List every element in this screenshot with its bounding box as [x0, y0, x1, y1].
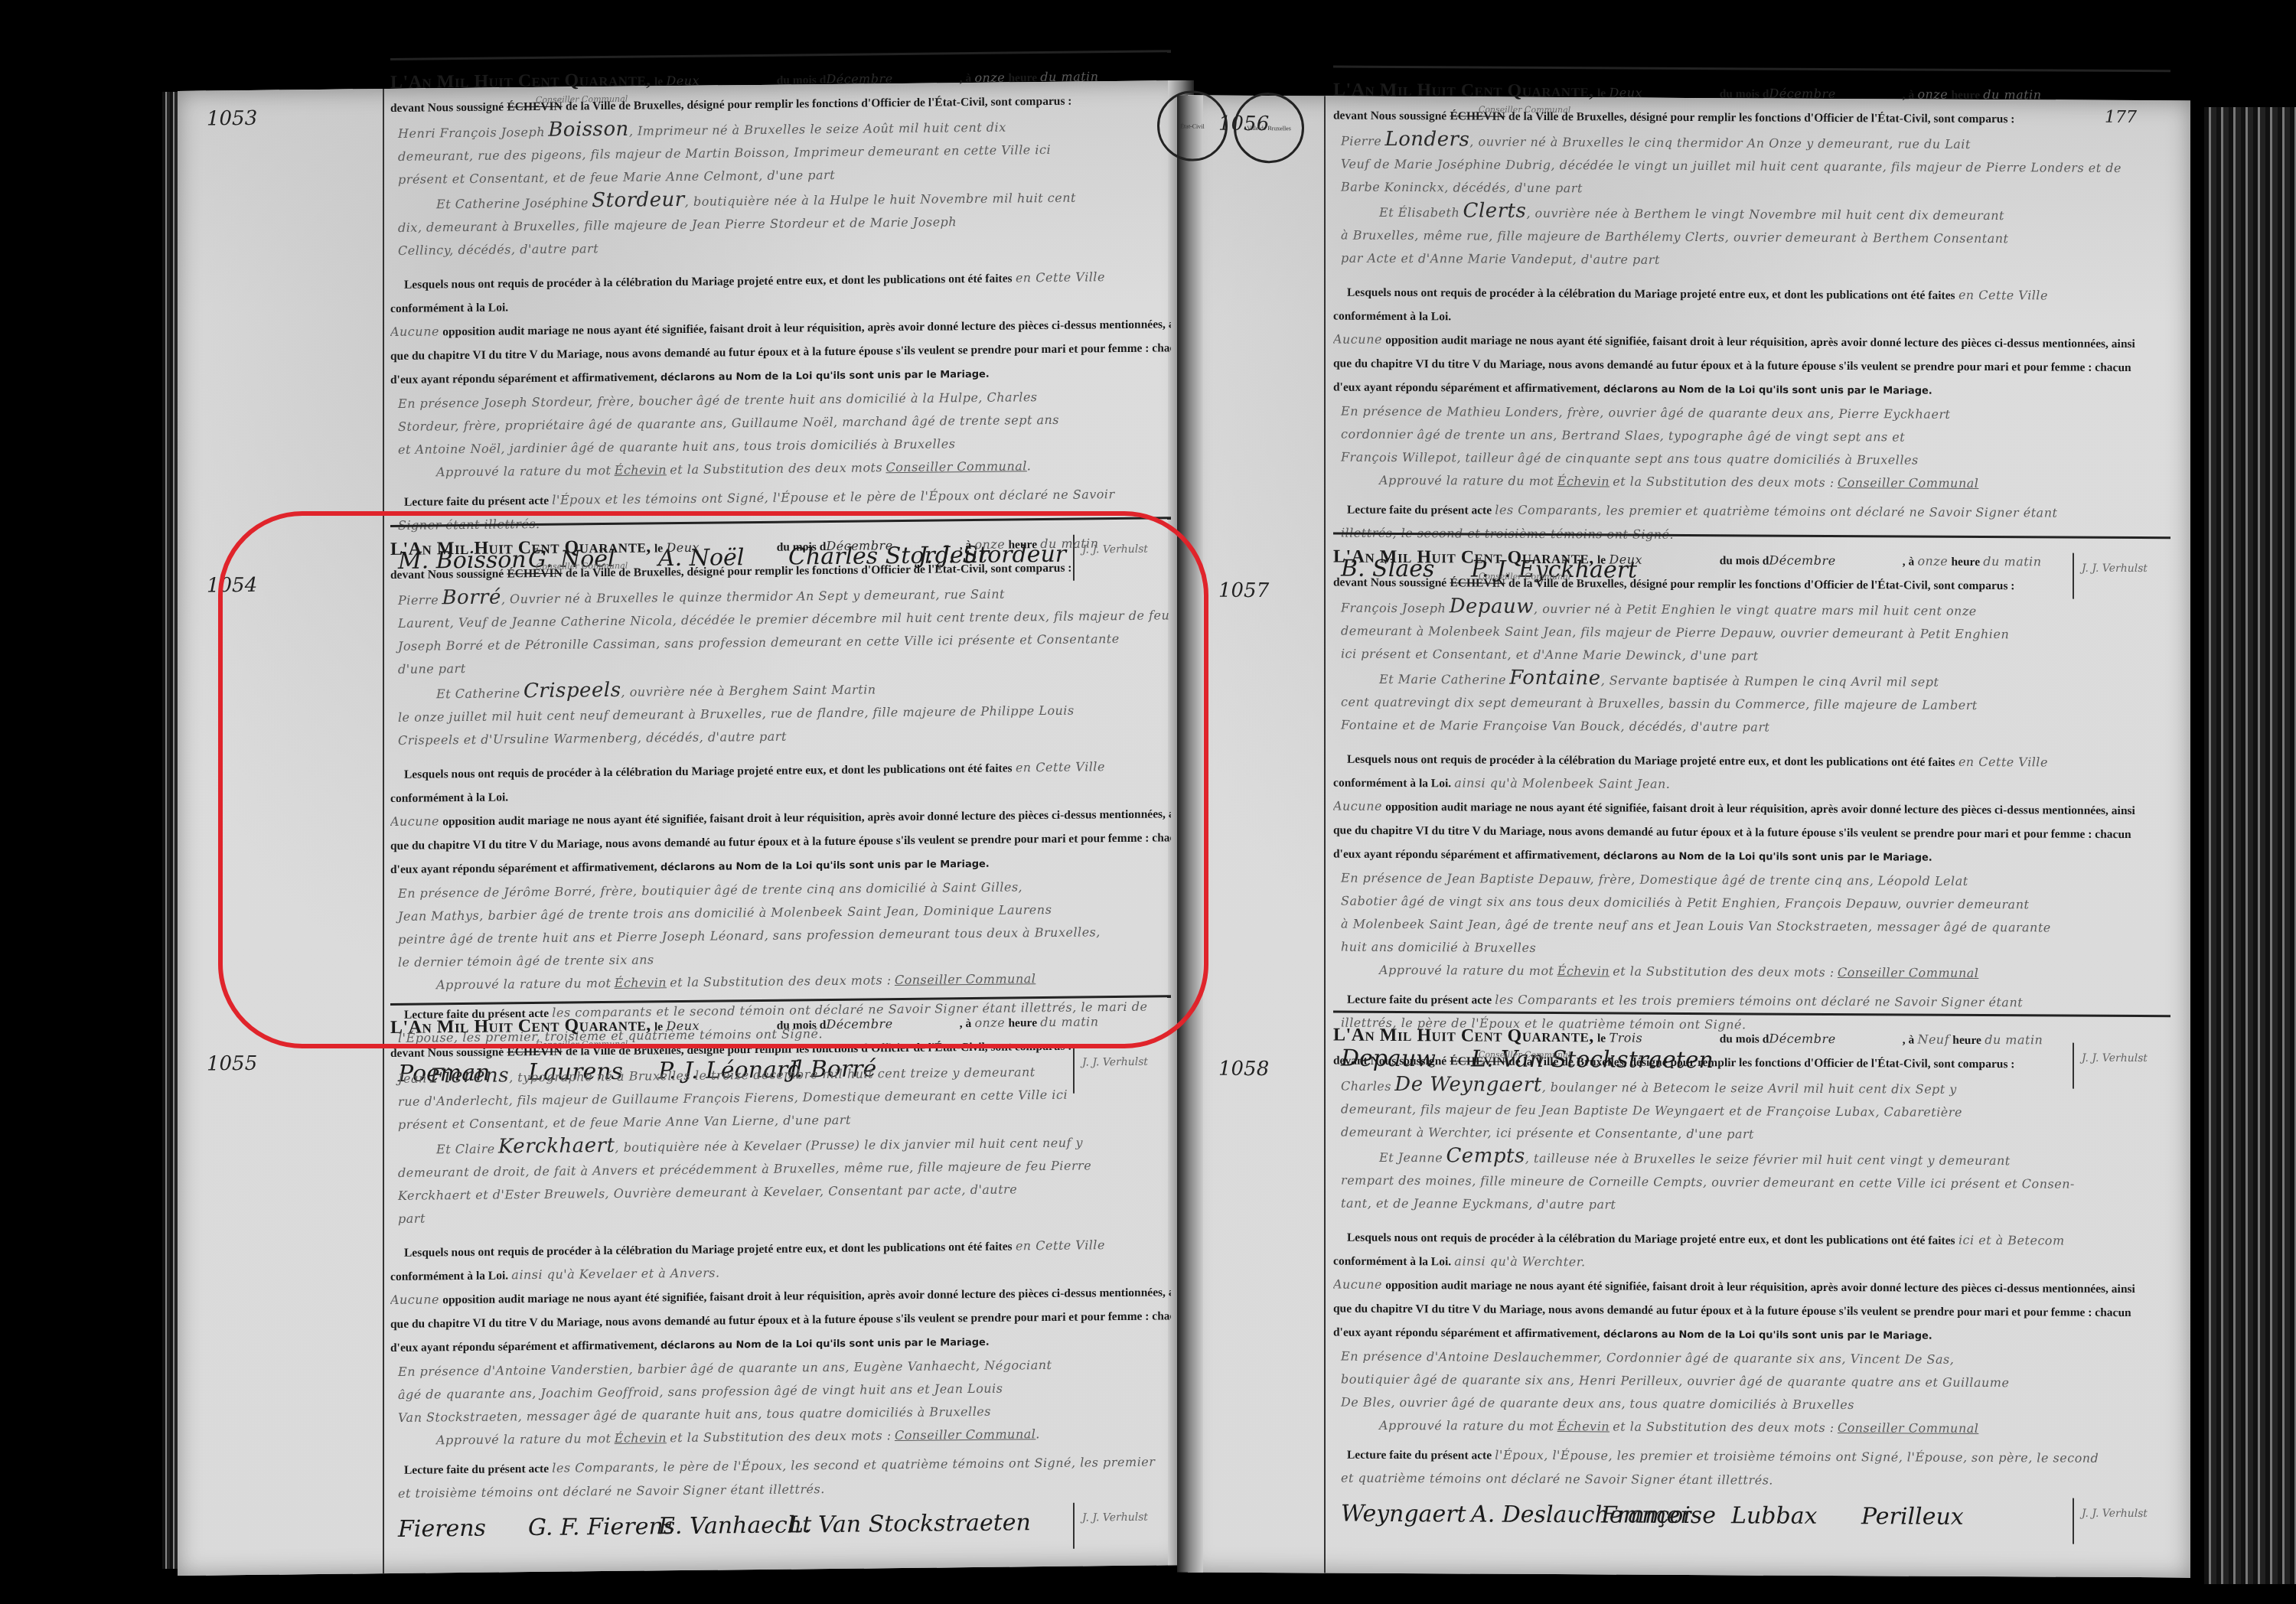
officer-signature: J. J. Verhulst: [1073, 1502, 1148, 1549]
declaration: déclarons au Nom de la Loi qu'ils sont u…: [660, 369, 990, 384]
witnesses: En présence d'Antoine Deslauchemmer, Cor…: [1333, 1345, 2170, 1419]
record-day: Deux: [667, 536, 774, 559]
bride-surname: Fontaine: [1509, 667, 1600, 690]
record-day: Deux: [667, 1014, 774, 1038]
record-month: Décembre: [826, 1012, 956, 1036]
bride-details: dix, demeurant à Bruxelles, fille majeur…: [390, 208, 1171, 262]
record-day: Trois: [1609, 1026, 1717, 1050]
marriage-record: 1057 L'An Mil Huit Cent Quarante, le Deu…: [1333, 533, 2170, 1087]
publications-place: en Cette Ville: [1016, 269, 1105, 285]
municipal-stamp-icon: État-Civil: [1157, 90, 1228, 161]
record-number: 1055: [207, 1052, 257, 1076]
signature: G. F. Fierens: [528, 1513, 675, 1541]
bride-details: rempart des moines, fille mineure de Cor…: [1333, 1169, 2170, 1220]
publications-place: en Cette Ville: [1016, 1237, 1105, 1253]
record-number: 1057: [1218, 579, 1269, 602]
lecture-line: C.J.B. Lecture faite du présent acte les…: [1333, 498, 2170, 527]
approval-line: Approuvé la rature du mot Échevin et la …: [1333, 959, 2170, 986]
record-heading: L'An Mil Huit Cent Quarante,: [390, 1015, 651, 1038]
declaration: déclarons au Nom de la Loi qu'ils sont u…: [660, 859, 990, 874]
record-hour: onze: [1917, 87, 1948, 102]
bride-details: demeurant de droit, de fait à Anvers et …: [390, 1153, 1171, 1231]
declaration: déclarons au Nom de la Loi qu'ils sont u…: [660, 1337, 990, 1352]
record-day: Deux: [667, 69, 774, 93]
publications-place: en Cette Ville: [1958, 755, 2048, 770]
signature-list: WeyngaertA. DeslauchemmerFrançoiseLubbax…: [1333, 1495, 2170, 1499]
record-day: Deux: [1609, 81, 1717, 105]
book-left-edge: [162, 92, 179, 1569]
bride-details: cent quatrevingt dix sept demeurant à Br…: [1333, 691, 2170, 742]
approval-line: Approuvé la rature du mot Échevin et la …: [1333, 469, 2170, 497]
correction-note: Conseiller Communal: [1479, 104, 1570, 122]
officer-line: Conseiller Communal devant Nous soussign…: [1333, 104, 2170, 132]
register-page-left: 1053 L'An Mil Huit Cent Quarante, le Deu…: [178, 80, 1186, 1576]
groom-details: demeurant, rue des pigeons, fils majeur …: [390, 137, 1171, 191]
signature: Weyngaert: [1341, 1501, 1466, 1528]
bride-surname: Clerts: [1463, 199, 1527, 222]
marriage-record: 1053 L'An Mil Huit Cent Quarante, le Deu…: [390, 50, 1171, 585]
record-heading: L'An Mil Huit Cent Quarante,: [390, 536, 651, 559]
publications-place: ici et à Betecom: [1958, 1233, 2065, 1248]
groom-surname: Boisson: [548, 118, 629, 142]
bride-surname: Crispeels: [523, 679, 621, 703]
declaration: déclarons au Nom de la Loi qu'ils sont u…: [1603, 1329, 1932, 1342]
groom-surname: Borré: [442, 585, 501, 609]
officer-signature: J. J. Verhulst: [2073, 1498, 2148, 1545]
record-hour: onze: [974, 537, 1005, 552]
record-number: 1053: [207, 107, 257, 131]
record-time-of-day: du matin: [1040, 1014, 1098, 1029]
bride-surname: Stordeur: [592, 188, 685, 212]
officer-line: Conseiller Communal devant Nous soussign…: [1333, 1049, 2170, 1077]
handwritten-line: tant, et de Jeanne Eyckmans, d'autre par…: [1333, 1192, 2170, 1220]
marriage-record: 1056 L'An Mil Huit Cent Quarante, le Deu…: [1333, 66, 2170, 597]
groom-details: rue d'Anderlecht, fils majeur de Guillau…: [390, 1082, 1171, 1136]
signature: L. Van Stockstraeten: [788, 1509, 1031, 1538]
correction-note: Conseiller Communal: [1479, 571, 1570, 589]
record-month: Décembre: [1769, 549, 1899, 573]
correction-note: Conseiller Communal: [1479, 1049, 1570, 1068]
bride-details: à Bruxelles, même rue, fille majeure de …: [1333, 224, 2170, 275]
groom-details: Veuf de Marie Joséphine Dubrig, décédée …: [1333, 153, 2170, 204]
groom-surname: Fierens: [430, 1064, 509, 1087]
bride-surname: Kerckhaert: [498, 1134, 615, 1159]
record-number: 1058: [1218, 1058, 1269, 1081]
record-divider: [390, 50, 1171, 60]
record-month: Décembre: [826, 67, 956, 91]
groom-details: Laurent, Veuf de Jeanne Catherine Nicola…: [390, 604, 1171, 681]
record-month: Décembre: [1769, 83, 1899, 106]
declaration: déclarons au Nom de la Loi qu'ils sont u…: [1603, 850, 1932, 863]
record-time-of-day: du matin: [1983, 87, 2041, 102]
witnesses: En présence de Mathieu Londers, frère, o…: [1333, 400, 2170, 474]
record-hour: onze: [974, 70, 1005, 85]
witnesses: En présence Joseph Stordeur, frère, bouc…: [390, 384, 1171, 461]
record-time-of-day: du matin: [1983, 554, 2041, 569]
groom-surname: De Weyngaert: [1394, 1073, 1541, 1097]
publications-line: Lesquels nous ont requis de procéder à l…: [1333, 281, 2170, 309]
record-time-of-day: du matin: [1040, 69, 1098, 84]
spine-shadow: [1177, 95, 1203, 1572]
groom-details: demeurant à Molenbeek Saint Jean, fils m…: [1333, 620, 2170, 670]
declaration: déclarons au Nom de la Loi qu'ils sont u…: [1603, 383, 1932, 396]
register-page-right: 177 État-Civil Ville de Bruxelles 1056 L…: [1188, 96, 2190, 1578]
record-day: Deux: [1609, 548, 1717, 572]
groom-surname: Depauw: [1450, 595, 1534, 618]
handwritten-line: Fontaine et de Marie Françoise Van Bouck…: [1333, 714, 2170, 742]
groom-surname: Londers: [1384, 128, 1469, 152]
record-number: 1056: [1218, 112, 1269, 135]
margin-rule: [1324, 96, 1326, 1573]
record-heading: L'An Mil Huit Cent Quarante,: [1333, 80, 1594, 102]
record-hour: onze: [974, 1016, 1005, 1030]
signatures: FierensG. F. FierensE. VanhaechtL. Van S…: [390, 1501, 1171, 1553]
record-time-of-day: du matin: [1040, 536, 1098, 551]
approval-line: Approuvé la rature du mot Échevin et la …: [1333, 1414, 2170, 1442]
record-number: 1054: [207, 574, 257, 598]
publications-place: en Cette Ville: [1016, 759, 1105, 774]
publications-place: en Cette Ville: [1958, 288, 2048, 303]
bride-surname: Cempts: [1446, 1144, 1525, 1168]
marriage-record: 1058 L'An Mil Huit Cent Quarante, le Tro…: [1333, 1011, 2170, 1542]
signature: Fierens: [398, 1515, 486, 1543]
marriage-record: 1055 L'An Mil Huit Cent Quarante, le Deu…: [390, 995, 1171, 1553]
witnesses: En présence de Jean Baptiste Depauw, frè…: [1333, 867, 2170, 963]
signature: Lubbax: [1731, 1502, 1817, 1530]
record-month: Décembre: [1769, 1028, 1899, 1051]
record-heading: L'An Mil Huit Cent Quarante,: [1333, 1025, 1594, 1047]
record-hour: onze: [1917, 554, 1948, 569]
witnesses: En présence d'Antoine Vanderstien, barbi…: [390, 1352, 1171, 1430]
handwritten-line: par Acte et d'Anne Marie Vandeput, d'aut…: [1333, 247, 2170, 275]
record-heading: L'An Mil Huit Cent Quarante,: [1333, 547, 1594, 569]
margin-rule: [383, 89, 384, 1573]
record-divider: [1333, 66, 2170, 73]
record-month: Décembre: [826, 533, 956, 558]
groom-details: demeurant, fils majeur de feu Jean Bapti…: [1333, 1098, 2170, 1149]
witnesses: En présence de Jérôme Borré, frère, bout…: [390, 874, 1171, 974]
record-hour: Neuf: [1917, 1032, 1949, 1047]
officer-line: Conseiller Communal devant Nous soussign…: [1333, 571, 2170, 599]
lecture-line: C.J.B. Lecture faite du présent acte l'É…: [1333, 1443, 2170, 1472]
signature: Perilleux: [1861, 1503, 1964, 1531]
bride-details: le onze juillet mil huit cent neuf demeu…: [390, 698, 1171, 752]
signatures: WeyngaertA. DeslauchemmerFrançoiseLubbax…: [1333, 1495, 2170, 1542]
signature: Françoise: [1601, 1501, 1716, 1529]
book-right-edge: [2204, 107, 2296, 1584]
record-heading: L'An Mil Huit Cent Quarante,: [390, 70, 651, 93]
record-time-of-day: du matin: [1985, 1032, 2043, 1047]
